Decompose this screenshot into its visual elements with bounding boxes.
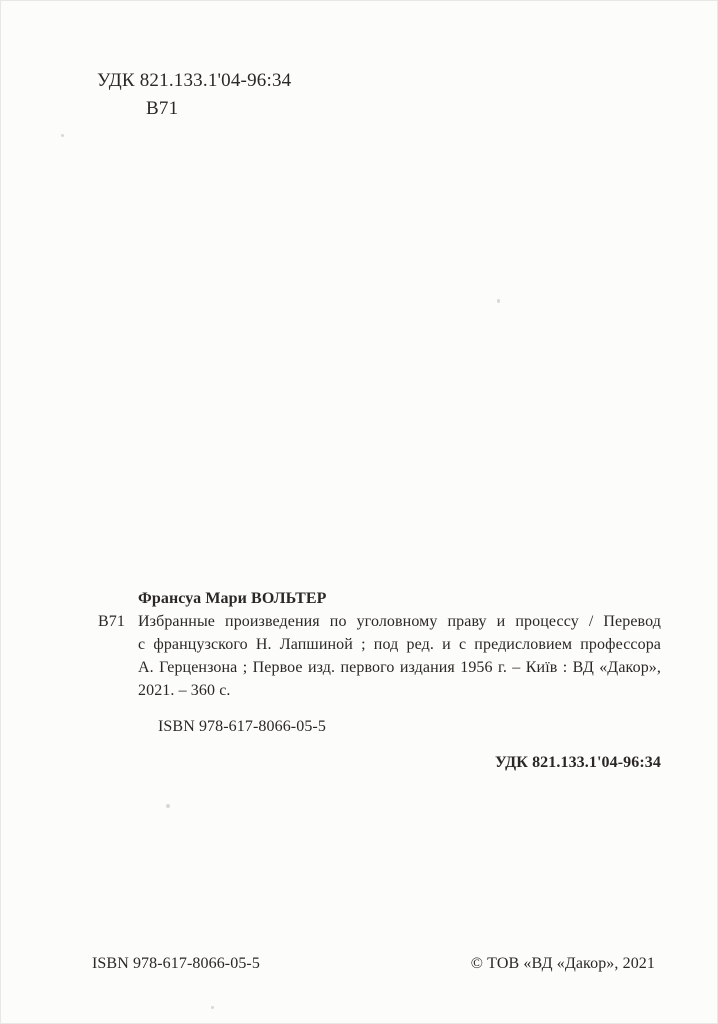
bibliographic-entry: В71 Избранные произведения по уголовному… <box>98 610 661 702</box>
description-line: А. Герцензона ; Первое изд. первого изда… <box>138 656 661 679</box>
udk-code-right: УДК 821.133.1'04-96:34 <box>98 751 661 774</box>
scan-speck <box>497 299 500 303</box>
udk-code-top: УДК 821.133.1'04-96:34 <box>97 67 291 95</box>
description-line: Избранные произведения по уголовному пра… <box>138 610 661 633</box>
book-imprint-page: УДК 821.133.1'04-96:34 В71 Франсуа Мари … <box>0 0 718 1024</box>
description-line: 2021. – 360 с. <box>138 679 661 702</box>
scan-speck <box>166 804 170 808</box>
author-mark-top: В71 <box>146 95 291 123</box>
description-line: с французского Н. Лапшиной ; под ред. и … <box>138 633 661 656</box>
catalog-card: Франсуа Мари ВОЛЬТЕР В71 Избранные произ… <box>98 587 661 774</box>
author-heading: Франсуа Мари ВОЛЬТЕР <box>138 587 661 610</box>
bibliographic-description: Избранные произведения по уголовному пра… <box>138 610 661 702</box>
author-mark-entry: В71 <box>98 610 125 633</box>
footer-row: ISBN 978-617-8066-05-5 © ТОВ «ВД «Дакор»… <box>92 955 655 973</box>
scan-speck <box>211 1006 214 1009</box>
udk-classification-block: УДК 821.133.1'04-96:34 В71 <box>97 67 291 123</box>
scan-speck <box>61 134 64 137</box>
isbn-footer: ISBN 978-617-8066-05-5 <box>92 955 260 973</box>
isbn-catalog: ISBN 978-617-8066-05-5 <box>158 715 661 738</box>
copyright-notice: © ТОВ «ВД «Дакор», 2021 <box>471 955 655 973</box>
